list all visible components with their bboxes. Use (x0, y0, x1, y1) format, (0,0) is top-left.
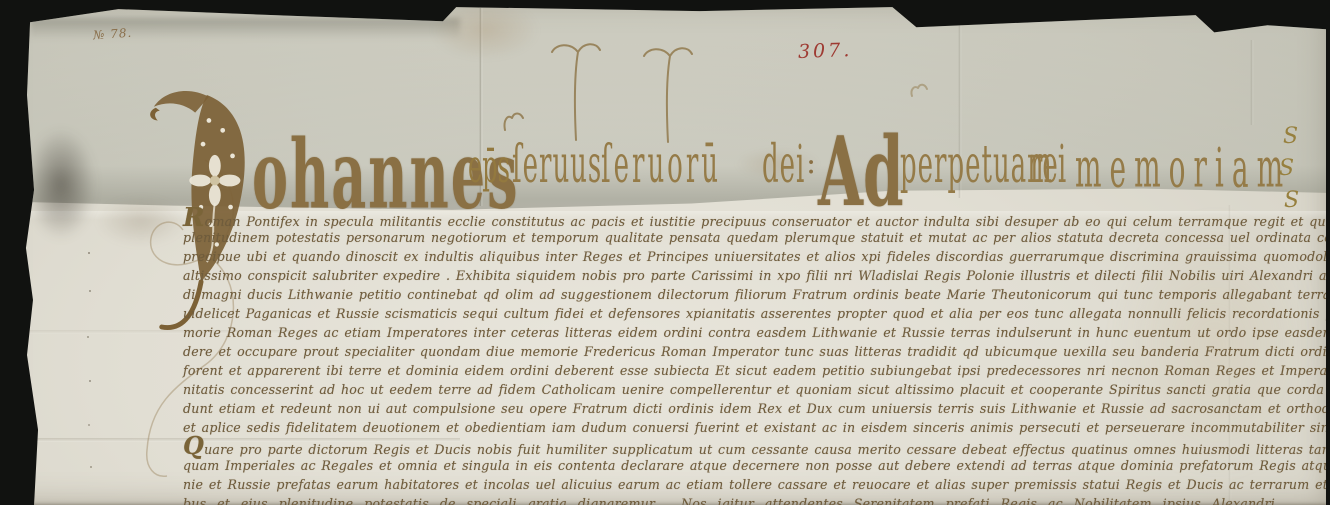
folio-number: 307. (798, 39, 853, 63)
manuscript-line: bus et eius plenitudine potestatis de sp… (183, 494, 1275, 505)
manuscript-line: Roman Pontifex in specula militantis ecc… (183, 209, 1275, 228)
manuscript-line: nitatis concesserint ad hoc ut eedem ter… (183, 380, 1275, 399)
margin-flourish-s: S (1284, 188, 1299, 213)
manuscript-photograph: { "annotations": { "archive_number": "№ … (0, 0, 1330, 505)
manuscript-line: nie et Russie prefatas earum habitatores… (183, 475, 1275, 494)
manuscript-line: altissimo conspicit salubriter expedire … (183, 266, 1275, 285)
title-word: rei (1030, 136, 1066, 196)
pricking-holes (88, 252, 90, 254)
title-word: memoriam (1075, 136, 1291, 200)
vertical-crease (1250, 40, 1254, 125)
title-word: ſeruorū (601, 136, 721, 196)
archive-number: № 78. (93, 26, 133, 43)
title-word: ſeruus (512, 136, 602, 196)
manuscript-line: et aplice sedis fidelitatem deuotionem e… (183, 418, 1275, 437)
manuscript-line: di magni ducis Lithwanie petitio contine… (183, 285, 1275, 304)
manuscript-line: morie Roman Reges ac etiam Imperatores i… (183, 323, 1275, 342)
manuscript-line: precipue ubi et quando dinoscit ex indul… (183, 247, 1275, 266)
margin-flourish-s: S (1279, 156, 1294, 181)
manuscript-line: forent et apparerent ibi terre et domini… (183, 361, 1275, 380)
title-word: dei (762, 136, 805, 196)
manuscript-line: dere et occupare prout specialiter quond… (183, 342, 1275, 361)
margin-flourish-s: S (1283, 124, 1298, 149)
edge-smudge (26, 128, 96, 240)
manuscript-line: uidelicet Paganicas et Russie scismatici… (183, 304, 1275, 323)
stain (96, 196, 186, 246)
parchment-sheet: № 78. 307. ohannes ep̄s ſeruus (0, 0, 1330, 505)
manuscript-line: quam Imperiales ac Regales et omnia et s… (183, 456, 1275, 475)
title-abbrev: ep̄s (468, 140, 510, 193)
manuscript-body: Roman Pontifex in specula militantis ecc… (183, 209, 1275, 505)
manuscript-line: Quare pro parte dictorum Regis et Ducis … (183, 437, 1275, 456)
title-colon: : (806, 146, 816, 181)
manuscript-line: dunt etiam et redeunt non ui aut compuls… (183, 399, 1275, 418)
manuscript-line: plenitudinem potestatis personarum negot… (183, 228, 1275, 247)
stain (430, 0, 540, 60)
